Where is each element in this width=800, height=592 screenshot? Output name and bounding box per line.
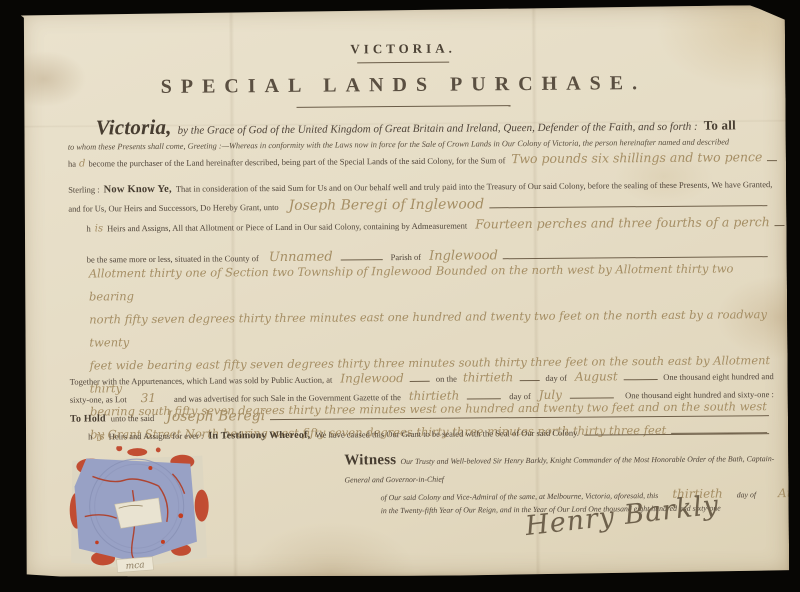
consideration-text: That in consideration of the said Sum fo… (176, 179, 773, 194)
year-two-printed: One thousand eight hundred and sixty-one… (625, 389, 774, 400)
seal-label-handwriting: mca (125, 560, 145, 571)
holder-handwriting: Joseph Beregi (166, 408, 265, 425)
colony-seal: mca (62, 446, 215, 577)
to-all-word: To all (704, 117, 736, 133)
auction-day-handwriting: thirtieth (463, 370, 514, 384)
witness-word: Witness (344, 452, 396, 468)
scanned-document-photo: VICTORIA. SPECIAL LANDS PURCHASE. Victor… (0, 0, 800, 592)
auction-place-handwriting: Inglewood (340, 371, 404, 385)
witness-month-handwriting: August (778, 486, 800, 500)
testimony-hand-is: is (96, 431, 104, 442)
day-of-printed: day of (509, 391, 531, 401)
blank-fill-line (489, 204, 767, 208)
gazette-day-handwriting: thirtieth (409, 389, 460, 403)
operative-clause: Sterling : Now Know Ye, That in consider… (68, 179, 772, 216)
document-title: SPECIAL LANDS PURCHASE. (21, 71, 785, 100)
to-hold-words: To Hold (70, 413, 106, 424)
blank-fill-line (767, 159, 777, 161)
now-know-ye-words: Now Know Ye, (104, 184, 172, 196)
header-rule-1 (357, 62, 449, 64)
witness-line1: Our Trusty and Well-beloved Sir Henry Ba… (344, 454, 774, 484)
lot-prefix-printed: sixty-one, as Lot (70, 394, 127, 404)
sterling-word: Sterling : (68, 184, 99, 194)
purchase-line-printed: become the purchaser of the Land hereina… (88, 155, 505, 168)
preamble-initial-word: Victoria, (96, 120, 172, 135)
blank-fill-line (519, 379, 539, 381)
realm-heading: VICTORIA. (21, 38, 785, 60)
auction-prefix-printed: Together with the Appurtenances, which L… (70, 375, 333, 387)
blank-fill-line (584, 432, 769, 435)
header-rule-2 (297, 105, 511, 108)
in-testimony-words: In Testimony Whereof, (208, 430, 310, 442)
gazette-month-handwriting: July (539, 388, 562, 402)
unto-said-printed: unto the said (111, 413, 155, 423)
day-of-printed: day of (545, 373, 567, 383)
grantee-handwriting: Joseph Beregi of Inglewood (289, 196, 485, 214)
grant-line-printed: and for Us, Our Heirs and Successors, Do… (68, 202, 278, 214)
preamble: Victoria, by the Grace of God of the Uni… (96, 115, 772, 169)
auction-month-handwriting: August (575, 369, 618, 383)
sale-clause: Together with the Appurtenances, which L… (70, 368, 774, 426)
blank-fill-line (467, 397, 501, 399)
blank-fill-line (624, 378, 657, 380)
testimony-printed-forever: Heirs and Assigns for ever : (109, 431, 204, 442)
blank-fill-line (410, 380, 430, 382)
description-line: Allotment thirty one of Section two Town… (89, 257, 771, 308)
blank-fill-line (775, 224, 785, 226)
purchase-line-printed-ha: ha (68, 159, 76, 169)
parchment-sheet: VICTORIA. SPECIAL LANDS PURCHASE. Victor… (21, 5, 789, 579)
document-header: VICTORIA. SPECIAL LANDS PURCHASE. (21, 38, 785, 110)
blank-fill-line (570, 396, 614, 398)
heirs-printed-h: h (86, 223, 90, 233)
heirs-printed-rest: Heirs and Assigns, All that Allotment or… (107, 221, 467, 234)
purchase-line-hand-d: d (79, 159, 85, 170)
lot-number-handwriting: 31 (141, 391, 156, 405)
sealed-printed: We have caused this Our Grant to be seal… (315, 428, 579, 440)
gazette-printed: and was advertised for such Sale in the … (174, 392, 401, 404)
purchase-sum-handwriting: Two pounds six shillings and two pence (511, 149, 762, 166)
testimony-printed-h: h (88, 431, 92, 441)
heirs-hand-is: is (95, 223, 103, 234)
blank-fill-line (270, 414, 769, 420)
seal-label-slip: mca (117, 557, 154, 573)
year-one-printed: One thousand eight hundred and (663, 371, 774, 382)
royal-style-text: by the Grace of God of the United Kingdo… (178, 121, 698, 137)
on-the-printed: on the (436, 374, 457, 384)
description-line: north fifty seven degrees thirty three m… (89, 303, 771, 354)
day-of-printed: day of (737, 490, 756, 499)
area-handwriting: Fourteen perches and three fourths of a … (475, 214, 770, 231)
